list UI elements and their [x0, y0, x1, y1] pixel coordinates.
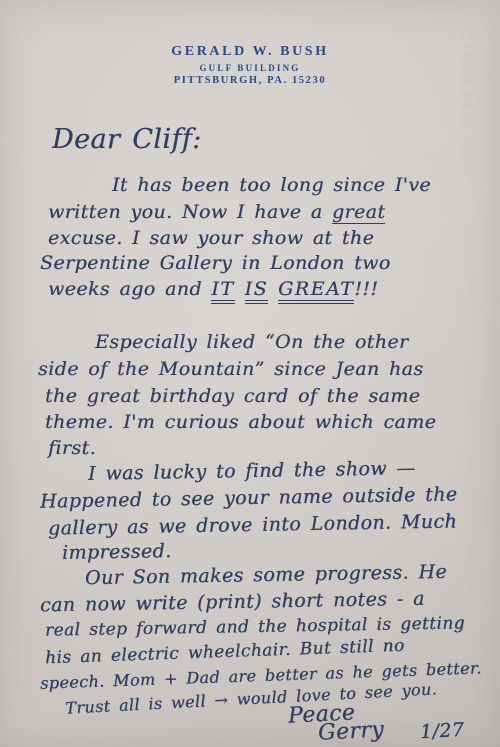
watermark-stamp: CTION FEE [459, 30, 474, 126]
letter-line: Our Son makes some progress. He [85, 561, 447, 589]
signature: Gerry [317, 717, 384, 745]
line-text: written you. Now I have a [48, 201, 332, 223]
letter-line: impressed. [62, 540, 172, 564]
line-text: weeks ago and [48, 278, 211, 300]
underlined-word: great [332, 201, 385, 224]
letterhead-city: PITTSBURGH, PA. 15230 [0, 75, 500, 86]
salutation: Dear Cliff: [52, 124, 202, 155]
letter-line: Happened to see your name outside the [40, 483, 458, 512]
letter-line: can now write (print) short notes - a [40, 588, 425, 617]
letter-line: the great birthday card of the same [45, 385, 420, 407]
letter-line: Serpentine Gallery in London two [40, 252, 391, 274]
letter-line: I was lucky to find the show — [88, 457, 416, 485]
letter-line: first. [48, 437, 96, 459]
letter-line: gallery as we drove into London. Much [48, 510, 457, 539]
letter-line: weeks ago and ITISGREAT!!! [48, 278, 378, 304]
letter-line: Especially liked “On the other [95, 331, 408, 353]
double-underlined-word: IT [211, 280, 234, 304]
letter-line: theme. I'm curious about which came [45, 411, 436, 433]
line-text: !!! [354, 278, 378, 300]
scanned-letter: GERALD W. BUSH GULF BUILDING PITTSBURGH,… [0, 0, 500, 747]
double-underlined-word: IS [245, 280, 269, 304]
letterhead: GERALD W. BUSH GULF BUILDING PITTSBURGH,… [0, 44, 500, 86]
letterhead-name: GERALD W. BUSH [0, 44, 500, 60]
letterhead-building: GULF BUILDING [0, 63, 500, 73]
letter-line: It has been too long since I've [112, 174, 431, 196]
letter-line: written you. Now I have a great [48, 201, 385, 223]
letter-line: excuse. I saw your show at the [48, 227, 374, 249]
letter-line: side of the Mountain” since Jean has [38, 358, 424, 380]
letter-date: 1/27 [419, 719, 464, 743]
double-underlined-word: GREAT [278, 280, 354, 304]
